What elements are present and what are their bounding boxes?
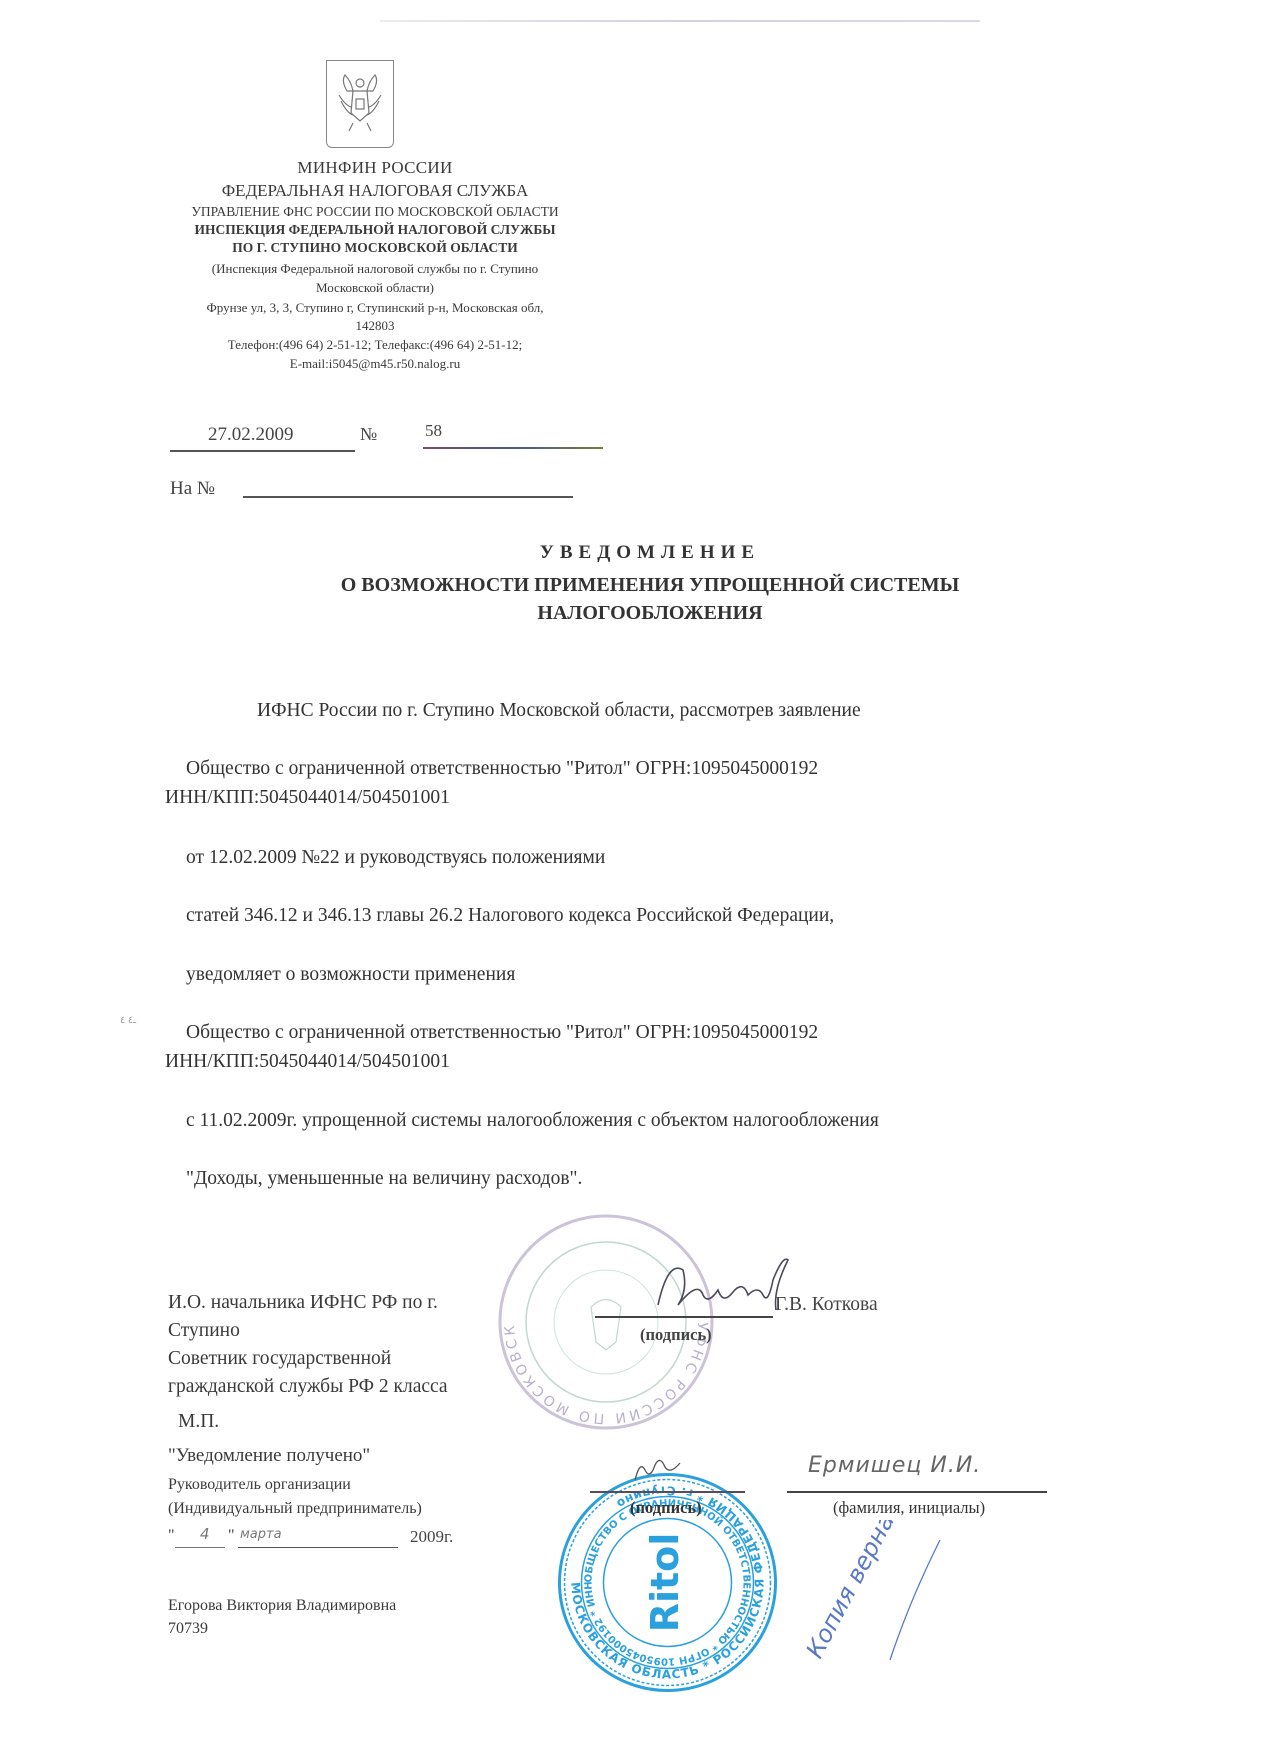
body-line: "Доходы, уменьшенные на величину расходо… (186, 1168, 582, 1190)
receipt-signature-underline (590, 1491, 745, 1493)
coat-of-arms-icon (326, 60, 394, 148)
receipt-role-line1: Руководитель организации (168, 1476, 351, 1494)
svg-text:Копия верна: Копия верна (801, 1520, 901, 1663)
scan-artifact: ـ٤ ٤ (120, 1015, 136, 1026)
signatory-position-line: Ступино (168, 1320, 240, 1342)
signatory-position-line: И.О. начальника ИФНС РФ по г. (168, 1292, 438, 1314)
handwritten-initials-icon (630, 1455, 690, 1485)
phone-line: Телефон:(496 64) 2-51-12; Телефакс:(496 … (150, 337, 600, 353)
receipt-fullname-handwritten: Ермишец И.И. (808, 1453, 981, 1478)
document-subtitle-line2: НАЛОГООБЛОЖЕНИЯ (250, 602, 1050, 625)
day-underline (175, 1547, 225, 1548)
short-name-line2: Московской области) (150, 280, 600, 296)
reference-field (243, 496, 573, 498)
reference-label: На № (170, 478, 215, 500)
short-name-line1: (Инспекция Федеральной налоговой службы … (150, 261, 600, 277)
signature-underline (595, 1316, 773, 1318)
receipt-year: 2009г. (410, 1527, 453, 1547)
body-line: Общество с ограниченной ответственностью… (186, 1022, 818, 1044)
signatory-position-line: гражданской службы РФ 2 класса (168, 1376, 448, 1398)
month-underline (238, 1547, 398, 1548)
signatory-name: Г.В. Коткова (775, 1294, 878, 1316)
ministry-name: МИНФИН РОССИИ (150, 158, 600, 178)
email-line: E-mail:i5045@m45.r50.nalog.ru (150, 356, 600, 372)
signature-caption: (подпись) (640, 1325, 712, 1345)
inspection-name-line2: ПО Г. СТУПИНО МОСКОВСКОЙ ОБЛАСТИ (150, 240, 600, 256)
fullname-caption: (фамилия, инициалы) (833, 1498, 985, 1518)
body-line: ИФНС России по г. Ступино Московской обл… (257, 700, 861, 722)
fullname-underline (787, 1491, 1047, 1493)
receipt-date-close-quote: " (228, 1527, 235, 1545)
scan-artifact (380, 20, 980, 22)
body-line: ИНН/КПП:5045044014/504501001 (165, 1051, 450, 1073)
receipt-heading: "Уведомление получено" (168, 1445, 370, 1467)
executor-name: Егорова Виктория Владимировна (168, 1597, 396, 1615)
document-number: 58 (425, 421, 442, 441)
receipt-month-handwritten: марта (240, 1527, 282, 1542)
body-line: с 11.02.2009г. упрощенной системы налого… (186, 1110, 879, 1132)
address-postcode: 142803 (150, 318, 600, 334)
date-underline (170, 450, 355, 452)
copy-certified-note-icon: Копия верна (800, 1520, 960, 1680)
service-name: ФЕДЕРАЛЬНАЯ НАЛОГОВАЯ СЛУЖБА (150, 181, 600, 201)
inspection-name-line1: ИНСПЕКЦИЯ ФЕДЕРАЛЬНОЙ НАЛОГОВОЙ СЛУЖБЫ (150, 222, 600, 238)
receipt-date-open-quote: " (168, 1527, 175, 1545)
seal-label: М.П. (178, 1411, 219, 1433)
body-line: статей 346.12 и 346.13 главы 26.2 Налого… (186, 905, 834, 927)
body-line: ИНН/КПП:5045044014/504501001 (165, 787, 450, 809)
address-line1: Фрунзе ул, 3, 3, Ступино г, Ступинский р… (150, 300, 600, 316)
executor-phone: 70739 (168, 1620, 208, 1638)
document-date: 27.02.2009 (208, 424, 294, 446)
body-line: от 12.02.2009 №22 и руководствуясь полож… (186, 847, 605, 869)
receipt-role-line2: (Индивидуальный предприниматель) (168, 1500, 422, 1518)
svg-text:Ritol: Ritol (643, 1533, 687, 1633)
document-subtitle-line1: О ВОЗМОЖНОСТИ ПРИМЕНЕНИЯ УПРОЩЕННОЙ СИСТ… (250, 574, 1050, 597)
body-line: уведомляет о возможности применения (186, 964, 515, 986)
receipt-day-handwritten: 4 (200, 1525, 210, 1543)
department-name: УПРАВЛЕНИЕ ФНС РОССИИ ПО МОСКОВСКОЙ ОБЛА… (150, 204, 600, 220)
number-sign: № (360, 424, 377, 445)
signatory-position-line: Советник государственной (168, 1348, 391, 1370)
tax-office-stamp-icon: УФНС РОССИИ ПО МОСКОВСКОЙ ОБЛАСТИ (496, 1212, 716, 1432)
body-line: Общество с ограниченной ответственностью… (186, 758, 818, 780)
document-title: УВЕДОМЛЕНИЕ (250, 542, 1050, 564)
number-underline (423, 447, 603, 449)
receipt-signature-caption: (подпись) (630, 1498, 702, 1518)
